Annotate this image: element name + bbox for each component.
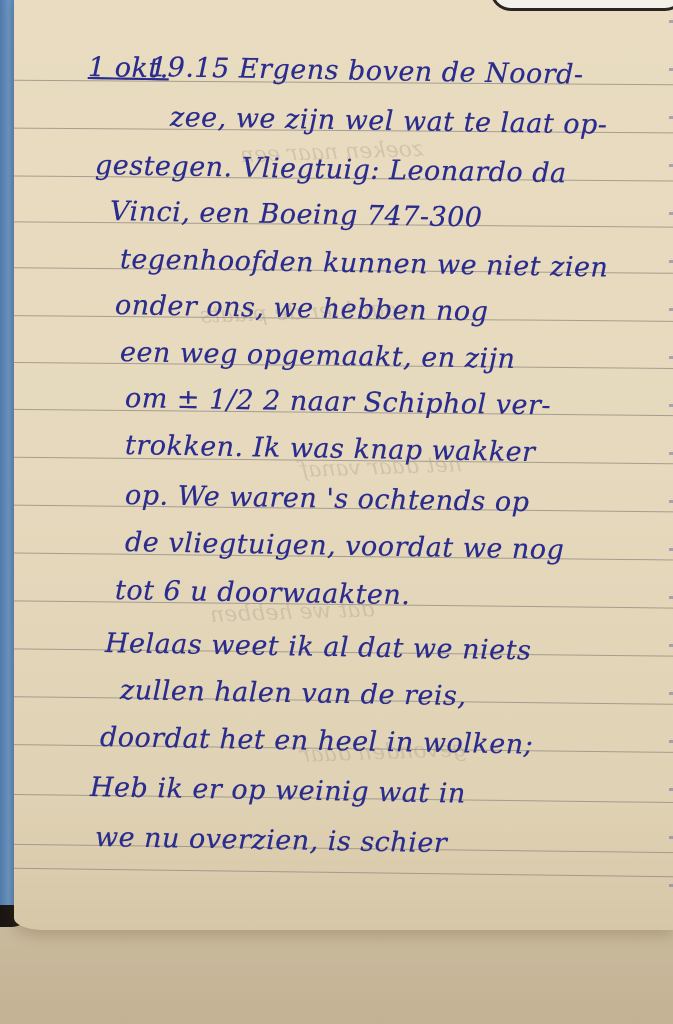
page-clip [490, 0, 673, 11]
handwritten-line: Heb ik er op weinig wat in [90, 772, 466, 810]
next-page-edge-marks [669, 20, 673, 900]
handwritten-line: tot 6 u doorwaakten. [115, 575, 411, 611]
handwritten-line: Vinci, een Boeing 747-300 [110, 196, 483, 233]
handwritten-line: we nu overzien, is schier [95, 822, 448, 859]
handwritten-line: zullen halen van de reis, [120, 675, 467, 712]
handwritten-line: onder ons, we hebben nog [115, 290, 489, 328]
notebook-cover-spine [0, 0, 14, 915]
photo-scene: zoeken naar eenwaar hier de plaatshet da… [0, 0, 673, 1024]
lower-page-edge [0, 915, 673, 1024]
